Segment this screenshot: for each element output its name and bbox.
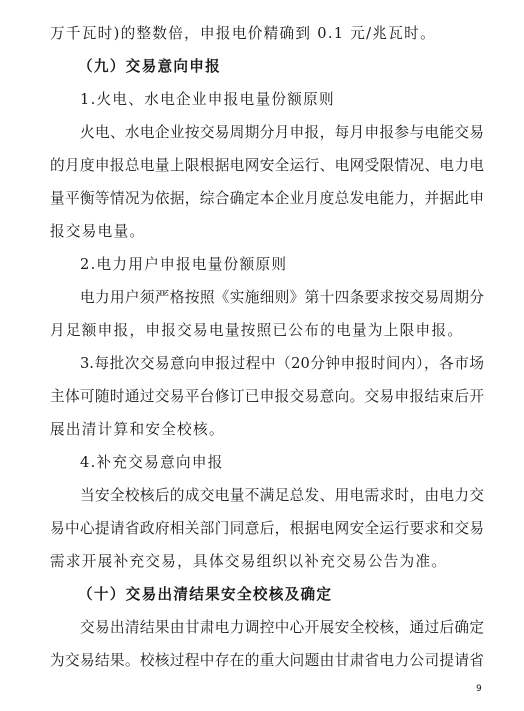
paragraph-line: 易中心提请省政府相关部门同意后，根据电网安全运行要求和交易 (50, 519, 484, 539)
subsection-heading-4: 4.补充交易意向申报 (80, 453, 484, 473)
section-heading-10: （十）交易出清结果安全校核及确定 (78, 585, 482, 605)
paragraph-line: 电力用户须严格按照《实施细则》第十四条要求按交易周期分 (80, 288, 484, 308)
paragraph-line: 为交易结果。校核过程中存在的重大问题由甘肃省电力公司提请省 (50, 651, 484, 671)
paragraph-line: 展出清计算和安全校核。 (50, 420, 484, 440)
subsection-heading-2: 2.电力用户申报电量份额原则 (80, 255, 484, 275)
paragraph-line: 万千瓦时)的整数倍，申报电价精确到 0.1 元/兆瓦时。 (50, 24, 484, 44)
paragraph-line: 3.每批次交易意向申报过程中（20分钟申报时间内），各市场 (80, 354, 484, 374)
page-number: 9 (476, 684, 482, 694)
paragraph-line: 月足额申报，申报交易电量按照已公布的电量为上限申报。 (50, 321, 484, 341)
paragraph-line: 当安全校核后的成交电量不满足总发、用电需求时，由电力交 (80, 486, 484, 506)
paragraph-line: 交易出清结果由甘肃电力调控中心开展安全校核，通过后确定 (80, 618, 484, 638)
paragraph-line: 主体可随时通过交易平台修订已申报交易意向。交易申报结束后开 (50, 387, 484, 407)
paragraph-line: 报交易电量。 (50, 222, 484, 242)
subsection-heading-1: 1.火电、水电企业申报电量份额原则 (80, 90, 484, 110)
paragraph-line: 量平衡等情况为依据，综合确定本企业月度总发电能力，并据此申 (50, 189, 484, 209)
paragraph-line: 火电、水电企业按交易周期分月申报，每月申报参与电能交易 (80, 123, 484, 143)
section-heading-9: （九）交易意向申报 (78, 57, 482, 77)
paragraph-line: 需求开展补充交易，具体交易组织以补充交易公告为准。 (50, 552, 484, 572)
paragraph-line: 的月度申报总电量上限根据电网安全运行、电网受限情况、电力电 (50, 156, 484, 176)
